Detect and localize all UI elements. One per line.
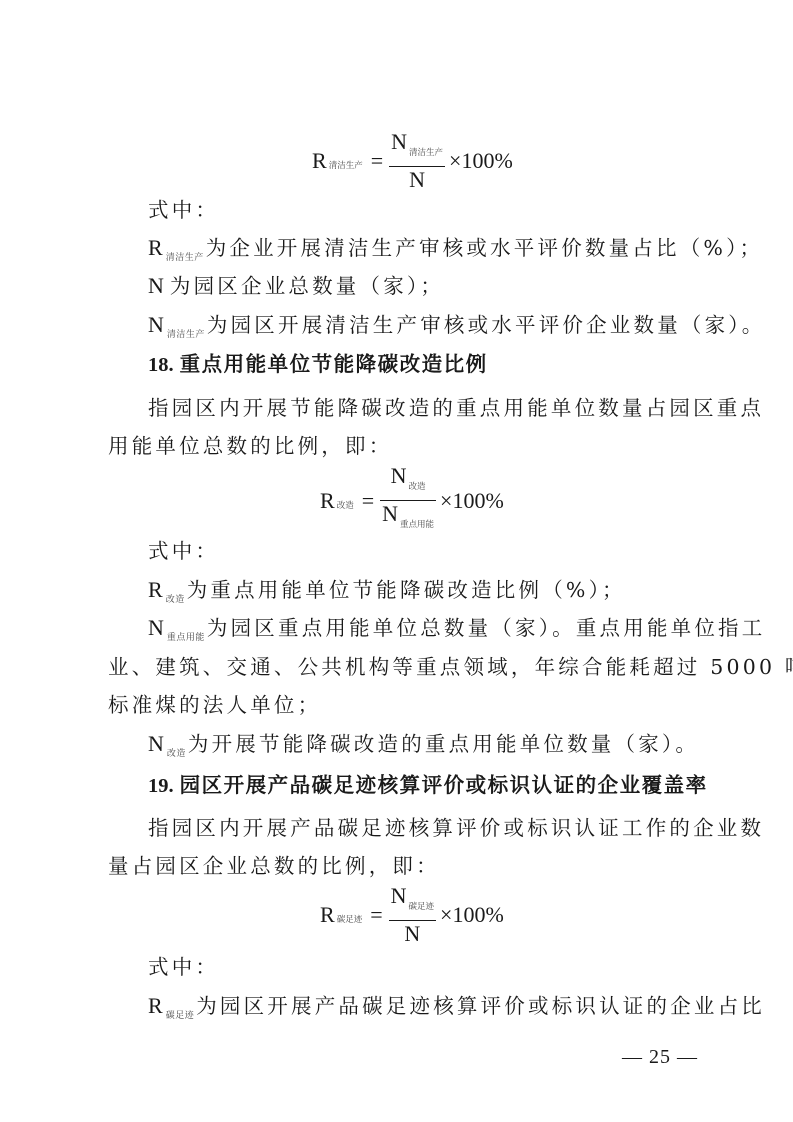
definition-subscript: 改造 [167,749,186,759]
times-100-percent: ×100% [440,902,504,928]
definition-variable: N [148,312,164,337]
formula-subscript: 碳足迹 [337,913,363,925]
section-title: 重点用能单位节能降碳改造比例 [180,352,488,376]
definition-text: 为企业开展清洁生产审核或水平评价数量占比（%）； [206,236,764,260]
definition-line: N改造为开展节能降碳改造的重点用能单位数量（家）。 [148,730,748,768]
paragraph-line: 标准煤的法人单位； [108,691,708,719]
formula-variable: R [320,902,335,928]
document-page: R 清洁生产 = N清洁生产 N ×100% 式中： R清洁生产为企业开展清洁生… [0,0,793,1122]
formula-carbon-footprint: R 碳足迹 = N碳足迹 N ×100% [320,884,504,946]
formula-variable: R [312,148,327,174]
formula-variable: N [404,921,420,946]
equals-sign: = [370,902,382,928]
definition-subscript: 重点用能 [167,633,205,643]
formula-subscript: 碳足迹 [409,902,435,912]
fraction: N改造 N重点用能 [380,464,436,537]
formula-variable: N [382,501,398,526]
equals-sign: = [362,488,374,514]
definition-variable: N [148,731,164,756]
formula-variable: R [320,488,335,514]
formula-retrofit-ratio: R 改造 = N改造 N重点用能 ×100% [320,464,504,537]
definition-line: R碳足迹为园区开展产品碳足迹核算评价或标识认证的企业占比 [148,992,748,1030]
where-label: 式中： [148,537,748,565]
definition-text: 为园区开展产品碳足迹核算评价或标识认证的企业占比 [196,994,765,1018]
definition-variable: N [148,273,164,298]
definition-subscript: 碳足迹 [166,1011,195,1021]
definition-line: R清洁生产为企业开展清洁生产审核或水平评价数量占比（%）； [148,234,748,272]
formula-subscript: 清洁生产 [329,159,363,171]
section-heading-18: 18.重点用能单位节能降碳改造比例 [148,350,748,379]
denominator: N重点用能 [380,502,436,537]
section-number: 18. [148,354,174,376]
formula-subscript: 重点用能 [400,520,434,530]
formula-variable: N [391,883,407,908]
definition-text: 为园区企业总数量（家）； [170,274,444,298]
formula-variable: N [409,167,425,192]
paragraph-line: 量占园区企业总数的比例，即： [108,852,708,880]
formula-clean-production: R 清洁生产 = N清洁生产 N ×100% [312,130,513,192]
paragraph-line: 业、建筑、交通、公共机构等重点领域，年综合能耗超过 5000 吨 [108,653,708,681]
definition-text: 为开展节能降碳改造的重点用能单位数量（家）。 [188,732,699,756]
numerator: N碳足迹 [389,884,436,919]
formula-subscript: 清洁生产 [409,148,443,158]
formula-variable: N [391,129,407,154]
fraction: N清洁生产 N [389,130,445,192]
where-label: 式中： [148,953,748,981]
denominator: N [407,168,427,192]
paragraph-line: 指园区内开展节能降碳改造的重点用能单位数量占园区重点 [148,394,748,422]
definition-subscript: 改造 [166,595,185,605]
definition-text: 为园区重点用能单位总数量（家）。重点用能单位指工 [207,616,766,640]
definition-subscript: 清洁生产 [167,330,205,340]
formula-subscript: 改造 [337,499,354,511]
definition-text: 为园区开展清洁生产审核或水平评价企业数量（家）。 [207,313,766,337]
equals-sign: = [371,148,383,174]
times-100-percent: ×100% [449,148,513,174]
section-number: 19. [148,775,174,797]
definition-text: 为重点用能单位节能降碳改造比例（%）； [187,578,626,602]
where-label: 式中： [148,196,748,224]
definition-line: R改造为重点用能单位节能降碳改造比例（%）； [148,576,748,614]
definition-line: N为园区企业总数量（家）； [148,272,748,300]
numerator: N改造 [389,464,428,499]
definition-variable: N [148,615,164,640]
definition-variable: R [148,577,163,602]
page-number: — 25 — [622,1046,698,1069]
section-title: 园区开展产品碳足迹核算评价或标识认证的企业覆盖率 [180,773,708,797]
paragraph-line: 用能单位总数的比例，即： [108,432,708,460]
formula-lhs: R 清洁生产 [312,148,363,174]
definition-subscript: 清洁生产 [166,253,204,263]
formula-variable: N [391,463,407,488]
definition-variable: R [148,235,163,260]
numerator: N清洁生产 [389,130,445,165]
section-heading-19: 19.园区开展产品碳足迹核算评价或标识认证的企业覆盖率 [148,771,748,800]
paragraph-line: 指园区内开展产品碳足迹核算评价或标识认证工作的企业数 [148,814,748,842]
definition-line: N清洁生产为园区开展清洁生产审核或水平评价企业数量（家）。 [148,311,748,349]
formula-lhs: R 改造 [320,488,354,514]
definition-variable: R [148,993,163,1018]
times-100-percent: ×100% [440,488,504,514]
formula-lhs: R 碳足迹 [320,902,362,928]
formula-subscript: 改造 [409,482,426,492]
fraction: N碳足迹 N [389,884,436,946]
definition-line: N重点用能为园区重点用能单位总数量（家）。重点用能单位指工 [148,614,748,652]
denominator: N [402,922,422,946]
